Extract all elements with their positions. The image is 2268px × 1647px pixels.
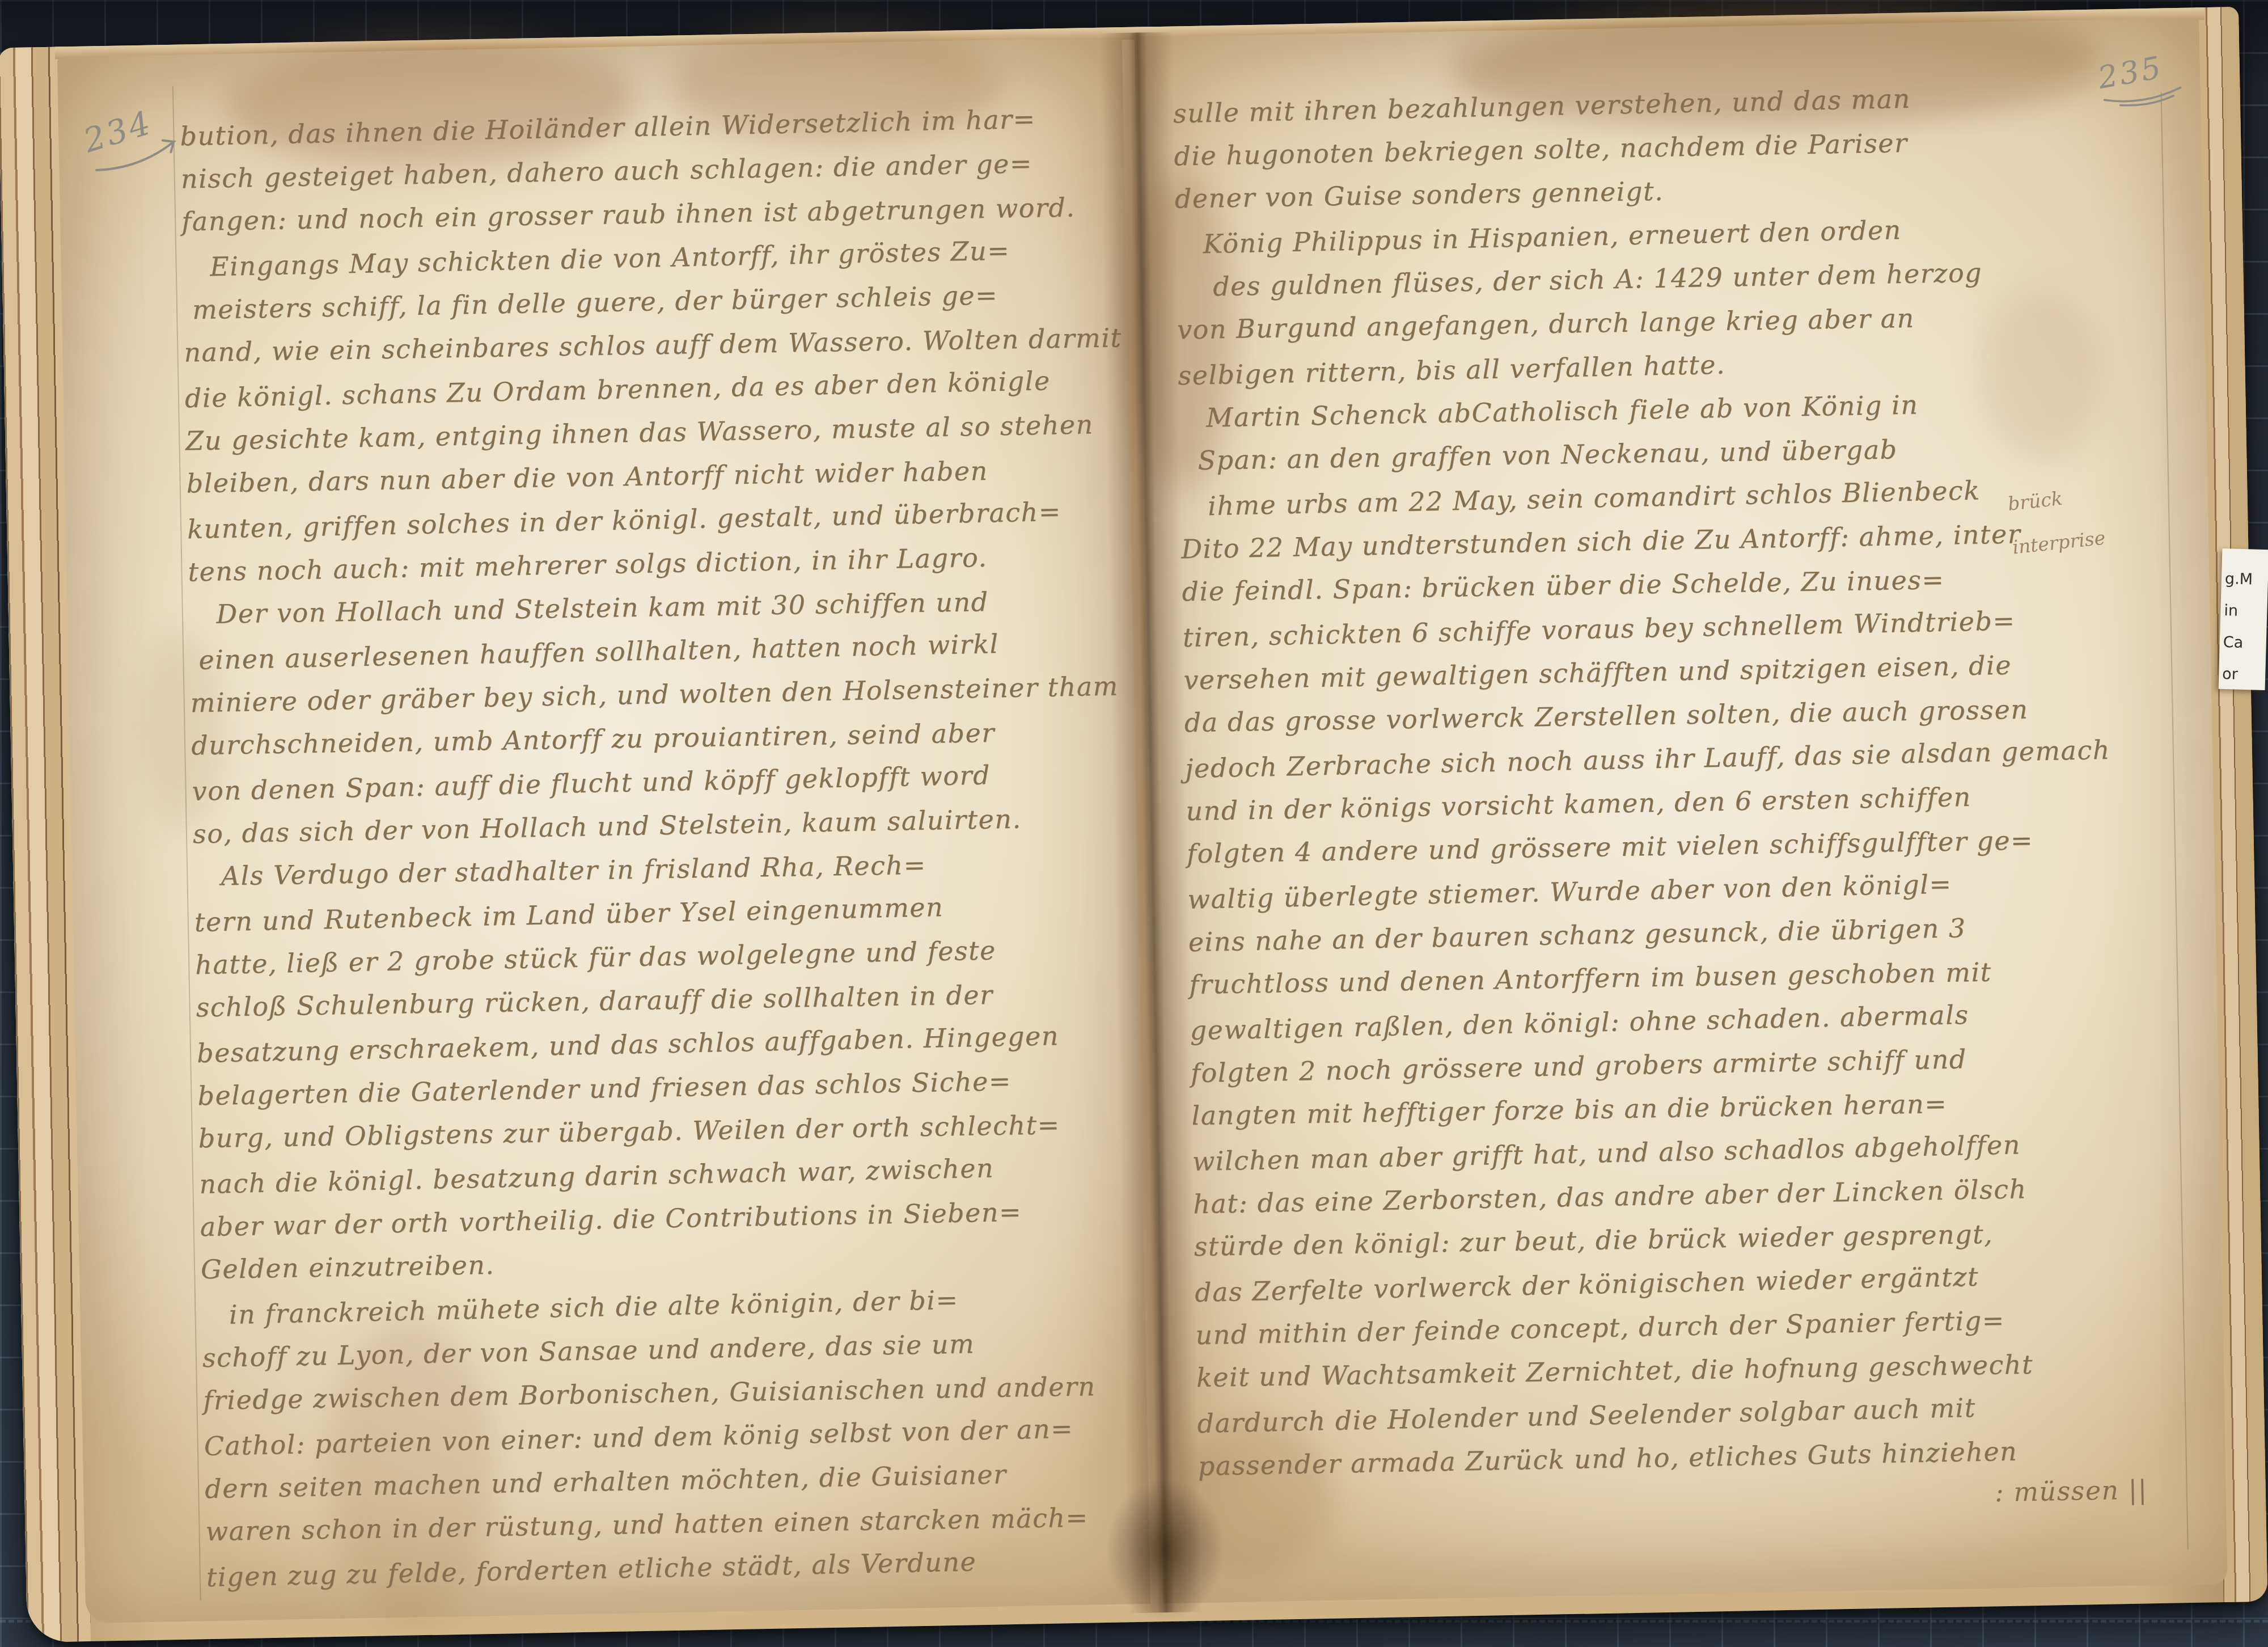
right-page: 235 sulle mit ihren bezahlungen verstehe… bbox=[1135, 18, 2228, 1603]
left-page-text: bution, das ihnen die Hoiländer allein W… bbox=[180, 96, 1148, 1598]
bookmark-tab: g.MinCaor bbox=[2219, 548, 2268, 690]
right-page-text: sulle mit ihren bezahlungen verstehen, u… bbox=[1173, 73, 2162, 1488]
manuscript-line: g.M bbox=[2224, 563, 2268, 596]
manuscript-line: in bbox=[2224, 595, 2268, 628]
manuscript-line: or bbox=[2222, 658, 2266, 691]
manuscript-line: Ca bbox=[2223, 627, 2267, 660]
left-page: 234 bution, das ihnen die Hoiländer alle… bbox=[57, 37, 1150, 1623]
photo-background: 234 bution, das ihnen die Hoiländer alle… bbox=[0, 0, 2268, 1647]
margin-note: brückinterprise bbox=[2007, 482, 2109, 578]
open-manuscript-book: 234 bution, das ihnen die Hoiländer alle… bbox=[0, 7, 2267, 1642]
folio-number-left: 234 bbox=[79, 95, 189, 182]
margin-ruled-line bbox=[2161, 92, 2189, 1550]
gutter-shadow bbox=[1105, 1477, 1226, 1621]
catchword: : müssen || bbox=[1830, 1474, 2148, 1510]
